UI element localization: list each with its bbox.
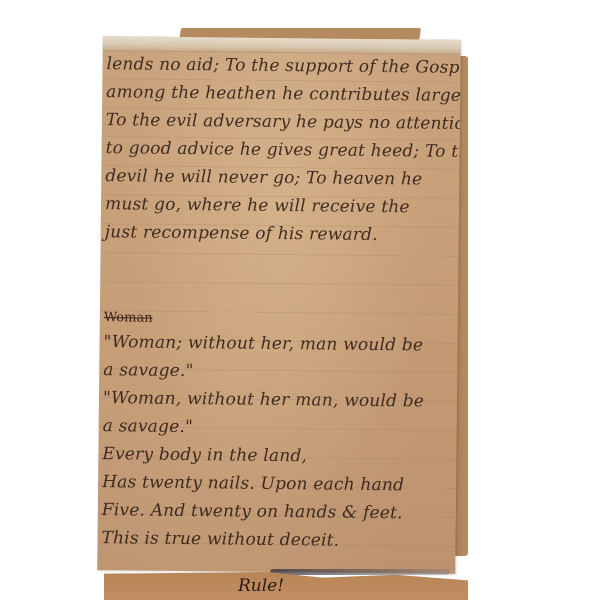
handwritten-line: Has twenty nails. Upon each hand: [102, 468, 452, 500]
handwritten-line: This is true without deceit.: [101, 524, 451, 556]
handwritten-line: "Woman, without her man, would be: [103, 384, 453, 416]
handwritten-line: lends no aid; To the support of the Gosp…: [106, 50, 456, 82]
handwritten-line: devil he will never go; To heaven he: [105, 162, 455, 194]
handwritten-line: among the heathen he contributes largely…: [106, 78, 456, 110]
strip-text: Rule!: [104, 576, 468, 596]
handwritten-line: Every body in the land,: [102, 440, 452, 472]
handwritten-line: must go, where he will receive the: [105, 190, 455, 222]
handwritten-line: Five. And twenty on hands & feet.: [102, 496, 452, 528]
paragraph-woman: Woman "Woman; without her, man would be …: [101, 306, 454, 556]
handwritten-line: a savage.": [103, 356, 453, 388]
tear-shadow: [270, 569, 450, 575]
paragraph-virtues: lends no aid; To the support of the Gosp…: [105, 50, 457, 250]
torn-bottom-strip: Rule!: [104, 572, 468, 600]
handwritten-line: To the evil adversary he pays no attenti…: [106, 106, 456, 138]
handwritten-line: to good advice he gives great heed; To t…: [105, 134, 455, 166]
handwritten-line: just recompense of his reward.: [105, 218, 455, 250]
handwritten-line: a savage.": [103, 412, 453, 444]
handwritten-line: "Woman; without her, man would be: [103, 328, 453, 360]
struck-heading: Woman: [104, 310, 153, 327]
notebook-page: lends no aid; To the support of the Gosp…: [97, 36, 461, 574]
